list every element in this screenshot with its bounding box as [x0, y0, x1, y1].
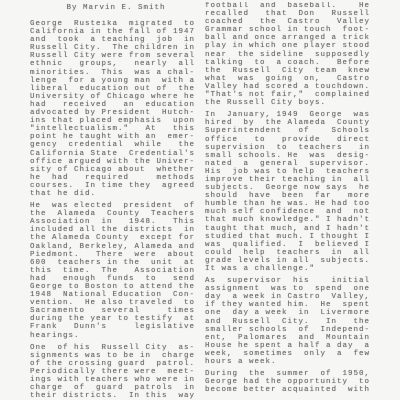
left-column: George Rusteika migrated to California i… — [30, 20, 202, 400]
right-column: football and baseball. He recalled that … — [205, 2, 383, 400]
paragraph-left-2: He was elected president of the Alameda … — [30, 202, 202, 340]
paragraph-left-1: George Rusteika migrated to California i… — [30, 20, 202, 198]
paragraph-right-1: football and baseball. He recalled that … — [205, 2, 383, 107]
paragraph-right-4: During the summer of 1950, George had th… — [205, 370, 383, 394]
paragraph-left-3: One of his Russell City as- signments wa… — [30, 344, 202, 400]
byline: By Marvin E. Smith — [30, 4, 202, 12]
scanned-document-page: By Marvin E. Smith George Rusteika migra… — [0, 0, 400, 400]
paragraph-right-3: As supervisor his initial assignment was… — [205, 277, 383, 366]
paragraph-right-2: In January, 1949 George was hired by the… — [205, 111, 383, 273]
